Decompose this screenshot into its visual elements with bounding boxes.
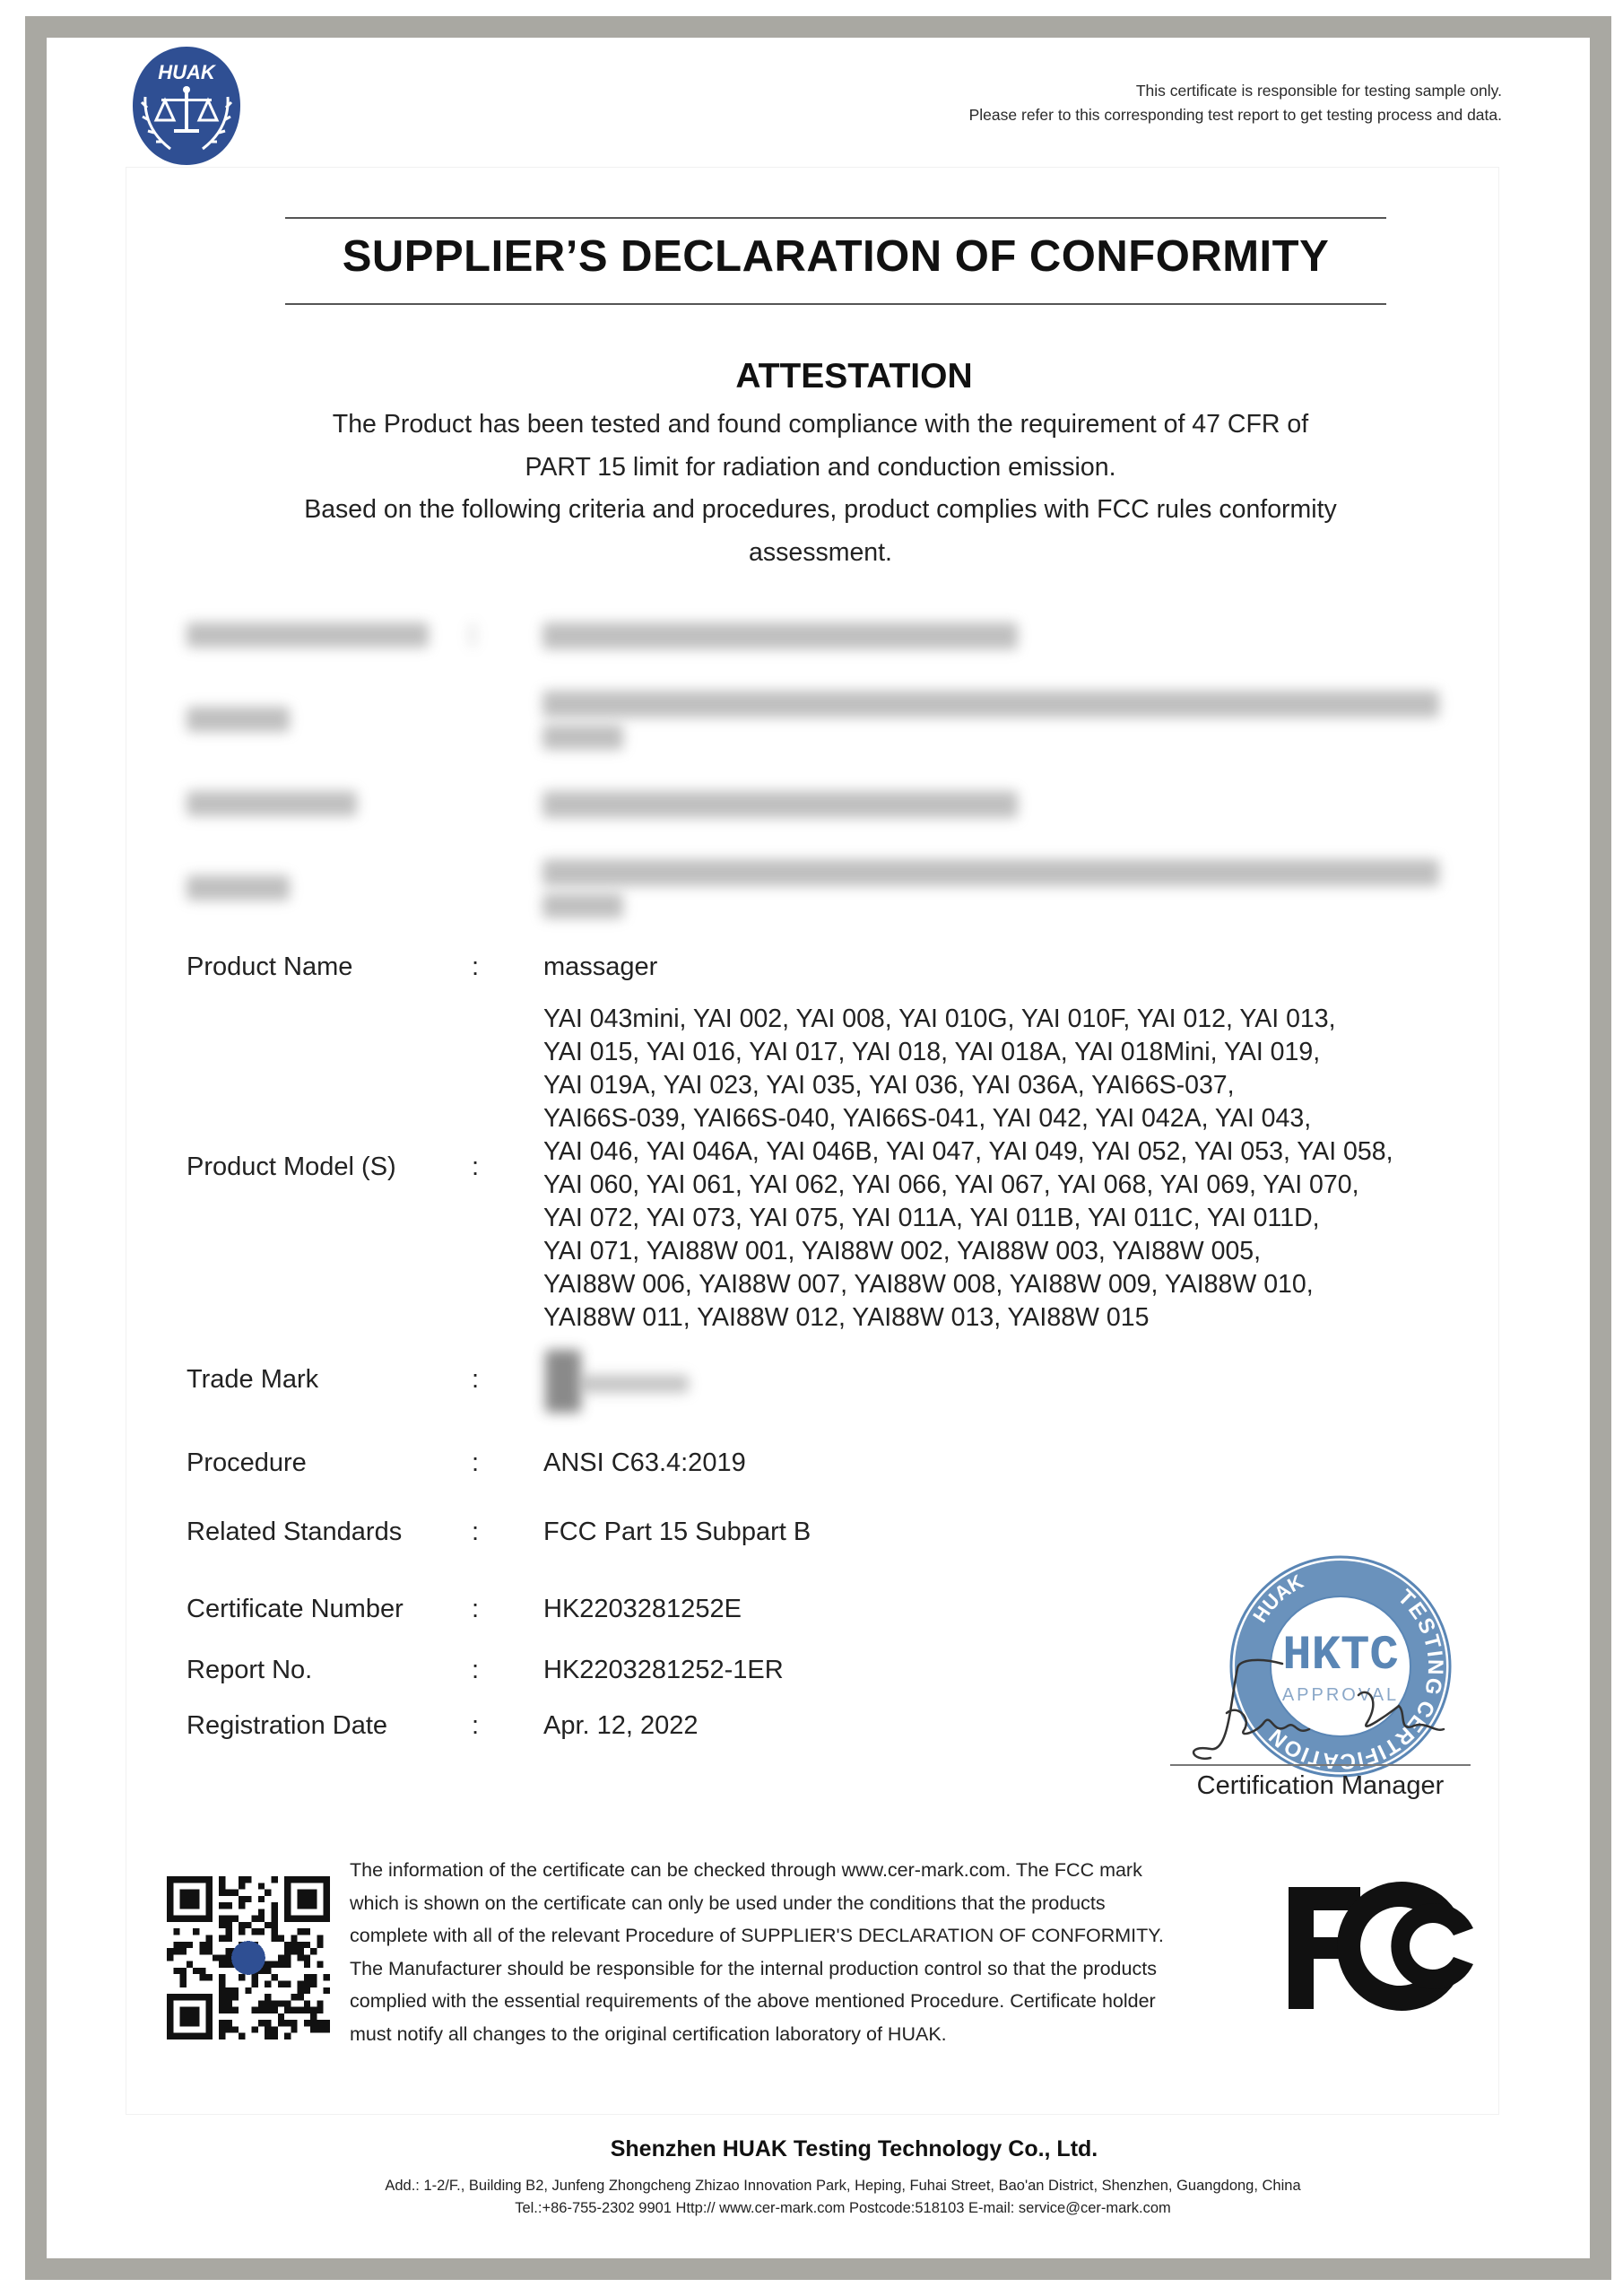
- qr-code-icon[interactable]: [167, 1876, 330, 2039]
- signature-icon: [1175, 1650, 1471, 1767]
- field-label: Report No.: [187, 1656, 312, 1685]
- product-model-line: YAI 043mini, YAI 002, YAI 008, YAI 010G,…: [543, 1003, 1512, 1036]
- attestation-heading: ATTESTATION: [0, 357, 1623, 396]
- disclaimer-line-2: Please refer to this corresponding test …: [695, 103, 1502, 127]
- disclaimer-line-1: This certificate is responsible for test…: [695, 79, 1502, 103]
- info-line: which is shown on the certificate can on…: [350, 1887, 1273, 1920]
- info-line: The information of the certificate can b…: [350, 1854, 1273, 1887]
- product-model-line: YAI 071, YAI88W 001, YAI88W 002, YAI88W …: [543, 1235, 1512, 1268]
- field-value: FCC Part 15 Subpart B: [543, 1518, 811, 1547]
- svg-text:HUAK: HUAK: [158, 61, 217, 83]
- field-value: ANSI C63.4:2019: [543, 1448, 746, 1478]
- title-rule-top: [285, 217, 1386, 219]
- field-label: Trade Mark: [187, 1365, 318, 1395]
- field-label: Procedure: [187, 1448, 307, 1478]
- redacted-trade-mark-logo: [545, 1350, 707, 1413]
- attestation-line: Based on the following criteria and proc…: [233, 489, 1408, 532]
- field-label: Related Standards: [187, 1518, 402, 1547]
- field-label: Product Model (S): [187, 1152, 396, 1182]
- field-colon: :: [472, 1656, 479, 1685]
- issuer-address: Add.: 1-2/F., Building B2, Junfeng Zhong…: [63, 2175, 1623, 2197]
- field-colon: :: [472, 952, 479, 982]
- product-model-line: YAI88W 011, YAI88W 012, YAI88W 013, YAI8…: [543, 1301, 1512, 1335]
- document-title: SUPPLIER’S DECLARATION OF CONFORMITY: [285, 231, 1386, 282]
- info-line: must notify all changes to the original …: [350, 2018, 1273, 2051]
- field-colon: :: [472, 1448, 479, 1478]
- product-model-line: YAI 060, YAI 061, YAI 062, YAI 066, YAI …: [543, 1169, 1512, 1202]
- field-colon: :: [472, 1365, 479, 1395]
- field-value: HK2203281252-1ER: [543, 1656, 784, 1685]
- issuer-company-name: Shenzhen HUAK Testing Technology Co., Lt…: [0, 2136, 1623, 2162]
- signature-caption: Certification Manager: [1170, 1771, 1471, 1801]
- info-line: The Manufacturer should be responsible f…: [350, 1952, 1273, 1986]
- attestation-line: PART 15 limit for radiation and conducti…: [233, 447, 1408, 490]
- field-value: massager: [543, 952, 657, 982]
- field-label: Registration Date: [187, 1711, 387, 1741]
- attestation-text: The Product has been tested and found co…: [233, 404, 1408, 574]
- certificate-info-text: The information of the certificate can b…: [350, 1854, 1273, 2050]
- issuer-contact: Add.: 1-2/F., Building B2, Junfeng Zhong…: [0, 2175, 1623, 2220]
- field-value: HK2203281252E: [543, 1595, 742, 1624]
- field-label: Certificate Number: [187, 1595, 404, 1624]
- signature-line: [1170, 1764, 1471, 1766]
- field-label: Product Name: [187, 952, 352, 982]
- issuer-contact-line: Tel.:+86-755-2302 9901 Http:// www.cer-m…: [63, 2197, 1623, 2220]
- huak-logo-icon: HUAK: [126, 43, 247, 169]
- product-model-line: YAI 019A, YAI 023, YAI 035, YAI 036, YAI…: [543, 1069, 1512, 1102]
- field-colon: :: [472, 1518, 479, 1547]
- product-model-line: YAI66S-039, YAI66S-040, YAI66S-041, YAI …: [543, 1102, 1512, 1135]
- product-model-list: YAI 043mini, YAI 002, YAI 008, YAI 010G,…: [543, 1003, 1512, 1335]
- attestation-line: assessment.: [233, 532, 1408, 575]
- product-model-line: YAI 015, YAI 016, YAI 017, YAI 018, YAI …: [543, 1036, 1512, 1069]
- field-value: Apr. 12, 2022: [543, 1711, 699, 1741]
- field-colon: :: [472, 1711, 479, 1741]
- disclaimer-note: This certificate is responsible for test…: [695, 79, 1502, 127]
- product-model-line: YAI 046, YAI 046A, YAI 046B, YAI 047, YA…: [543, 1135, 1512, 1169]
- attestation-line: The Product has been tested and found co…: [233, 404, 1408, 447]
- field-colon: :: [472, 1152, 479, 1182]
- fcc-logo-icon: [1278, 1874, 1484, 2018]
- info-line: complete with all of the relevant Proced…: [350, 1919, 1273, 1952]
- product-model-line: YAI88W 006, YAI88W 007, YAI88W 008, YAI8…: [543, 1268, 1512, 1301]
- product-model-line: YAI 072, YAI 073, YAI 075, YAI 011A, YAI…: [543, 1202, 1512, 1235]
- field-colon: :: [472, 1595, 479, 1624]
- title-rule-bottom: [285, 303, 1386, 305]
- info-line: complied with the essential requirements…: [350, 1985, 1273, 2018]
